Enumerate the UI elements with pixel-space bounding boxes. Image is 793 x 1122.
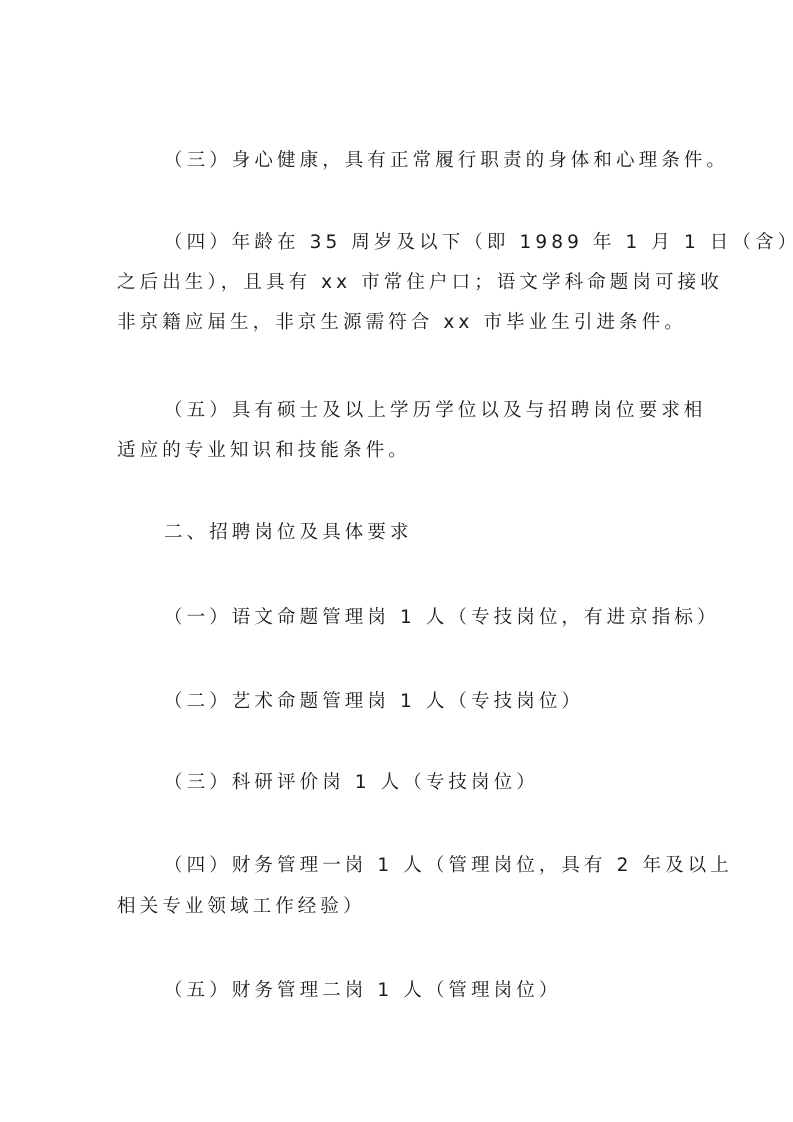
position-4-line-1: （四）财务管理一岗 1 人（管理岗位，具有 2 年及以上 xyxy=(164,854,733,878)
condition-5-line-1: （五）具有硕士及以上学历学位以及与招聘岗位要求相 xyxy=(164,399,706,423)
position-5-line-1: （五）财务管理二岗 1 人（管理岗位） xyxy=(164,979,561,1003)
position-1-line-1: （一）语文命题管理岗 1 人（专技岗位，有进京指标） xyxy=(164,606,720,630)
position-3-line-1: （三）科研评价岗 1 人（专技岗位） xyxy=(164,771,539,795)
position-2-line-1: （二）艺术命题管理岗 1 人（专技岗位） xyxy=(164,690,584,714)
condition-4-line-1: （四）年龄在 35 周岁及以下（即 1989 年 1 月 1 日（含） xyxy=(164,231,793,255)
position-4-line-2: 相关专业领域工作经验） xyxy=(117,895,366,919)
condition-4-line-2: 之后出生），且具有 xx 市常住户口；语文学科命题岗可接收 xyxy=(117,271,723,295)
condition-3-line-1: （三）身心健康，具有正常履行职责的身体和心理条件。 xyxy=(164,149,729,173)
document-page: （三）身心健康，具有正常履行职责的身体和心理条件。 （四）年龄在 35 周岁及以… xyxy=(0,0,793,1122)
condition-4-line-3: 非京籍应届生，非京生源需符合 xx 市毕业生引进条件。 xyxy=(117,311,687,335)
section-2-heading: 二、招聘岗位及具体要求 xyxy=(164,521,413,545)
condition-5-line-2: 适应的专业知识和技能条件。 xyxy=(117,439,411,463)
